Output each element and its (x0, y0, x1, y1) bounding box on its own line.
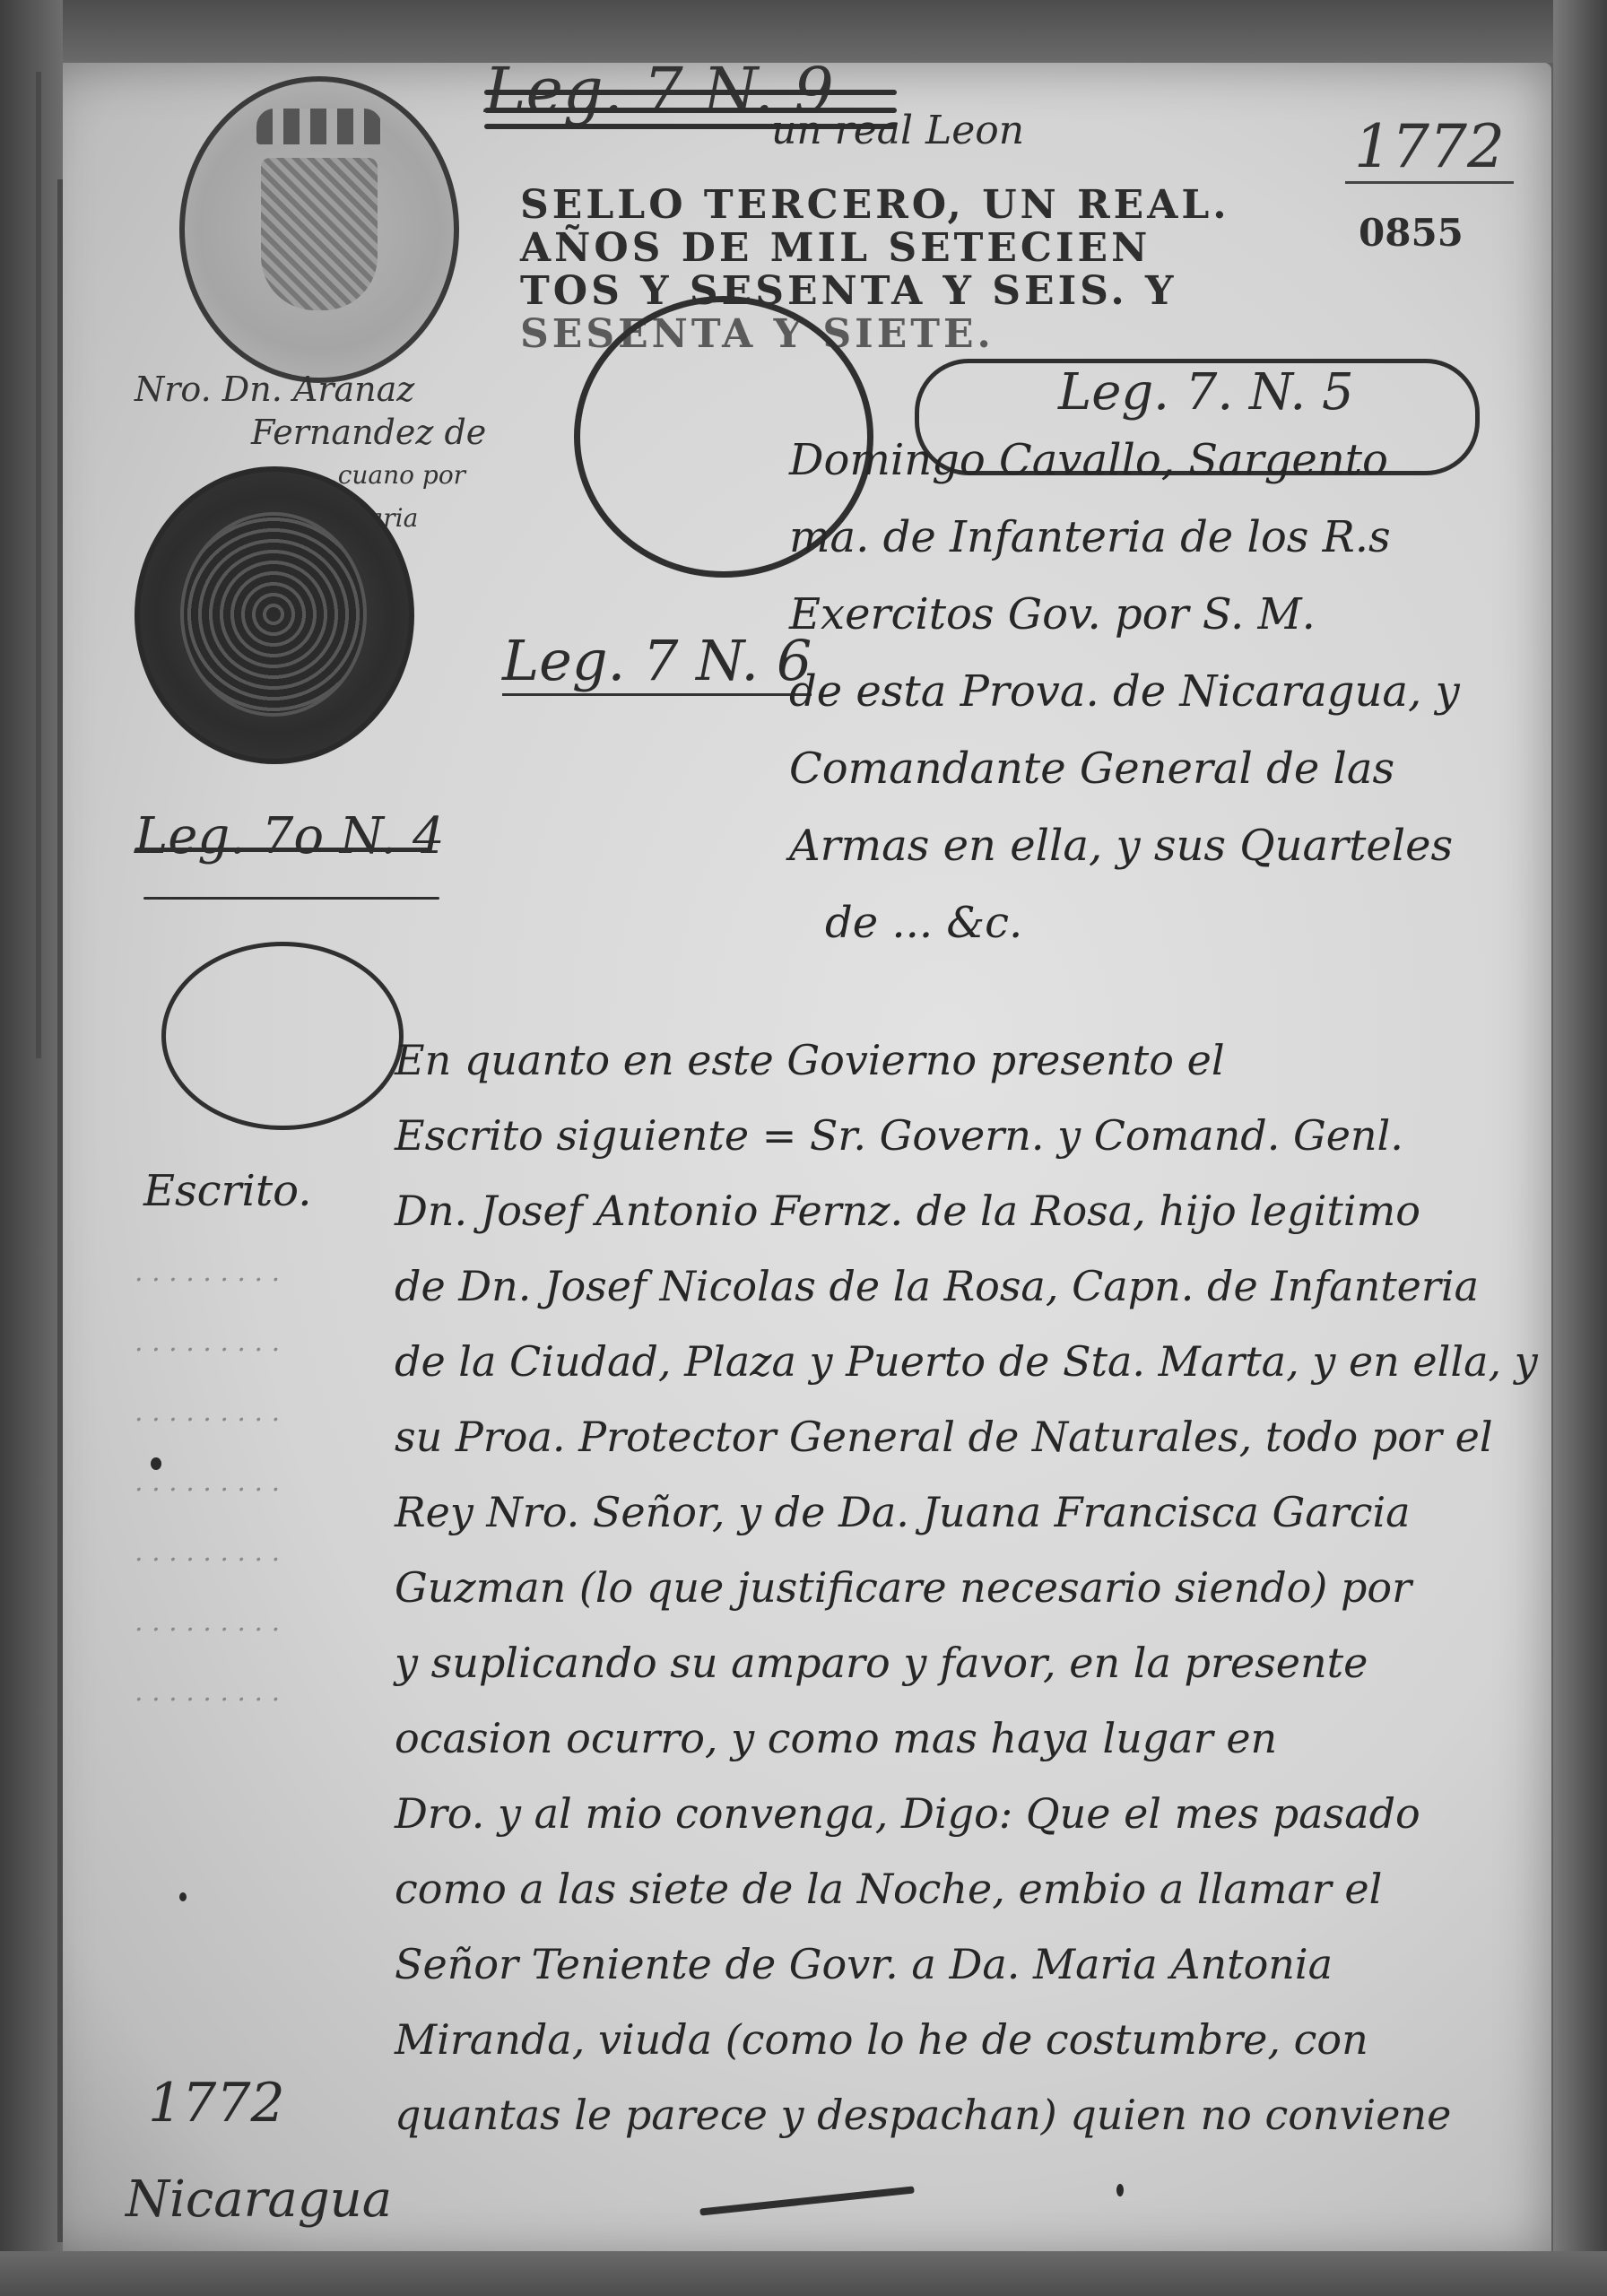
stamp-serial: 0855 (1359, 211, 1464, 255)
margin-note-line: Fernandez de (135, 411, 486, 454)
ink-spot (1116, 2184, 1124, 2196)
body-line: Dro. y al mio convenga, Digo: Que el mes… (395, 1776, 1524, 1851)
header-file-mark: Leg. 7. N. 5 (1058, 363, 1354, 422)
bleed-through-text: . . . . . . . . . . . . . . . . . . . . … (135, 1238, 280, 1727)
flourish-d-icon (161, 942, 404, 1130)
header-line: Exercitos Gov. por S. M. (789, 576, 1524, 653)
body-line: Guzman (lo que justificare necesario sie… (395, 1550, 1524, 1625)
strike-line (143, 897, 439, 900)
margin-note-line: Nro. Dn. Aranaz (135, 368, 486, 411)
body-line: Escrito siguiente = Sr. Govern. y Comand… (395, 1098, 1524, 1173)
header-line: Comandante General de las (789, 730, 1524, 807)
body-line: de Dn. Josef Nicolas de la Rosa, Capn. d… (395, 1248, 1524, 1324)
ink-spot (179, 1892, 187, 1901)
seal-emblem-icon (180, 512, 367, 717)
royal-arms-seal-icon (179, 76, 459, 383)
margin-bottom-year: 1772 (148, 2072, 285, 2135)
struck-margin-file-mark: Leg. 7o N. 4 (135, 807, 445, 865)
body-text: En quanto en este Govierno presento el E… (395, 1022, 1524, 2152)
ink-seal-icon (135, 466, 414, 764)
binding-rule (57, 179, 63, 2242)
body-line: como a las siete de la Noche, embio a ll… (395, 1851, 1524, 1926)
top-notation: un real Leon (771, 108, 1024, 153)
header-line: de ... &c. (789, 884, 1524, 961)
margin-label-escrito: Escrito. (143, 1166, 311, 1216)
strike-line (135, 848, 430, 852)
margin-bottom-place: Nicaragua (126, 2170, 392, 2229)
year-annotation: 1772 (1345, 112, 1514, 184)
body-line: Dn. Josef Antonio Fernz. de la Rosa, hij… (395, 1173, 1524, 1248)
shield-icon (261, 158, 378, 310)
body-line: Miranda, viuda (como lo he de costumbre,… (395, 2002, 1524, 2077)
margin-file-mark: Leg. 7 N. 6 (502, 628, 812, 696)
body-line: quantas le parece y despachan) quien no … (395, 2077, 1524, 2152)
body-line: ocasion ocurro, y como mas haya lugar en (395, 1700, 1524, 1776)
header-line: Domingo Cavallo, Sargento (789, 422, 1524, 499)
body-line: su Proa. Protector General de Naturales,… (395, 1399, 1524, 1474)
body-line: Señor Teniente de Govr. a Da. Maria Anto… (395, 1926, 1524, 2002)
binding-rule (36, 72, 41, 1058)
scan-bottom-edge (0, 2251, 1607, 2296)
book-binding (0, 0, 63, 2296)
strike-line (484, 90, 897, 95)
body-line: Rey Nro. Señor, y de Da. Juana Francisca… (395, 1474, 1524, 1550)
body-line: En quanto en este Govierno presento el (395, 1022, 1524, 1098)
body-line: y suplicando su amparo y favor, en la pr… (395, 1625, 1524, 1700)
scan-right-edge (1553, 0, 1607, 2296)
ink-spot (151, 1457, 161, 1470)
header-line: de esta Prova. de Nicaragua, y (789, 653, 1524, 730)
header-block: Domingo Cavallo, Sargento ma. de Infante… (789, 422, 1524, 961)
body-line: de la Ciudad, Plaza y Puerto de Sta. Mar… (395, 1324, 1524, 1399)
header-line: Armas en ella, y sus Quarteles (789, 807, 1524, 884)
crown-icon (256, 109, 382, 144)
header-line: ma. de Infanteria de los R.s (789, 499, 1524, 576)
